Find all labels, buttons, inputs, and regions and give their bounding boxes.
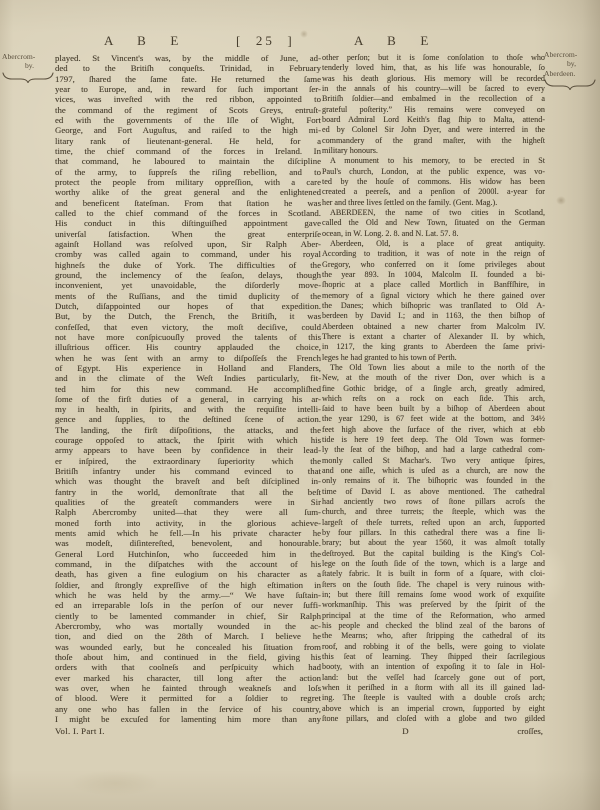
text-line: ſhopric at a place called Mortlich in Ba… — [322, 280, 545, 290]
text-line: ded to the Britiſh conqueſts. Trinidad, … — [55, 63, 321, 73]
text-line: by four pillars. In this cathedral there… — [322, 528, 545, 538]
text-line: by, — [544, 59, 599, 68]
text-line: Britiſh infantry under his command evinc… — [55, 466, 321, 476]
text-line: George, and Fort Auguſtus, and raiſed to… — [55, 125, 321, 135]
text-line: called to the chief command of the force… — [55, 208, 321, 218]
text-line: command, in the diſpatches with the acco… — [55, 559, 321, 569]
signature-row: D croſſes, — [322, 726, 545, 737]
text-line: time, the chief command of the forces in… — [55, 146, 321, 156]
text-line: Aberdeen. — [544, 69, 599, 78]
text-line: New, at the mouth of the river Don, over… — [322, 373, 545, 383]
right-text-column: other perſon; but it is ſome conſolation… — [322, 53, 545, 724]
text-line: memory of a ſignal victory which he ther… — [322, 291, 545, 301]
text-line: only remains of it. The biſhopric was fo… — [322, 476, 545, 486]
text-line: year to Europe, and, in reward for ſuch … — [55, 84, 321, 94]
text-line: ſaid to have been built by a biſhop of A… — [322, 404, 545, 414]
text-line: qualities of the greateſt commanders wer… — [55, 497, 321, 507]
text-line: land: but the veſſel had ſcarcely gone o… — [322, 673, 545, 683]
margin-note-left-text: Abercrom-by. — [2, 52, 57, 71]
text-line: Aberdeen obtained a new charter from Mal… — [322, 322, 545, 332]
text-line: A monument to his memory, to be erected … — [322, 156, 545, 166]
text-line: The Old Town lies about a mile to the no… — [322, 363, 545, 373]
text-line: commandery of the grand maſter, with the… — [322, 136, 545, 146]
text-line: fantry in the world, demonſtrate that al… — [55, 487, 321, 497]
text-line: ed an irreparable loſs in the perſon of … — [55, 600, 321, 610]
text-line: Abercromby, who was mortally wounded in … — [55, 621, 321, 631]
text-line: played. St Vincent's was, by the middle … — [55, 53, 321, 63]
text-line: in the annals of his country—will be ſac… — [322, 84, 545, 94]
text-line: when it periſhed in a ſtorm with all its… — [322, 683, 545, 693]
text-line: ing. The ſteeple is vaulted with a doubl… — [322, 693, 545, 703]
text-line: tenderly loved him, that, as his life wa… — [322, 63, 545, 73]
text-line: orders with that coolneſs and perſpicuit… — [55, 662, 321, 672]
text-line: Gregory, who conferred on it ſome privil… — [322, 260, 545, 270]
text-line: roof, and robbing it of the bells, were … — [322, 642, 545, 652]
text-line: litary rank of lieutenant-general. He he… — [55, 136, 321, 146]
text-line: ſoldier, and ſtrongly expreſſive of the … — [55, 580, 321, 590]
text-line: againſt Holland was reſolved upon, Sir R… — [55, 239, 321, 249]
text-line: inconvenient, yet unavoidable, the diſor… — [55, 280, 321, 290]
text-line: There is extant a charter of Alexander I… — [322, 332, 545, 342]
text-line: ciently to be lamented commander in chie… — [55, 611, 321, 621]
text-line: the year 893. In 1004, Malcolm II. found… — [322, 270, 545, 280]
text-line: time of David I. as above mentioned. The… — [322, 487, 545, 497]
text-line: protect the people from military oppreſſ… — [55, 177, 321, 187]
page-header: A B E [ 25 ] A B E — [0, 33, 600, 51]
running-title-right: A B E — [354, 33, 434, 49]
text-line: ſtone pillars, and cloſed with a globe a… — [322, 714, 545, 724]
text-line: fine Gothic bridge, of a ſingle arch, gr… — [322, 384, 545, 394]
text-line: the year 1290, is 67 feet wide at the bo… — [322, 414, 545, 424]
text-line: tion, and died on the 28th of March. I b… — [55, 631, 321, 641]
text-line: Abercrom- — [2, 52, 57, 61]
text-line: of Egypt. His experience in Holland and … — [55, 363, 321, 373]
text-line: His conduct in this diſtinguiſhed appoin… — [55, 218, 321, 228]
text-line: Paul's church, London, at the public exp… — [322, 167, 545, 177]
text-line: ABERDEEN, the name of two cities in Scot… — [322, 208, 545, 218]
text-line: deſtroyed. But the capital building is t… — [322, 549, 545, 559]
text-line: by. — [2, 61, 57, 70]
text-line: ſters on the ſouth ſide. The chapel is v… — [322, 580, 545, 590]
text-line: which was thought the braveſt and beſt d… — [55, 476, 321, 486]
text-line: when he was ſent with an army to diſpoſſ… — [55, 353, 321, 363]
text-line: ground, the inclemency of the ſeaſon, de… — [55, 270, 321, 280]
text-line: other perſon; but it is ſome conſolation… — [322, 53, 545, 63]
text-line: vices, was inveſted with the red ribbon,… — [55, 94, 321, 104]
text-line: ly the ſeat of the biſhop, and had a lar… — [322, 445, 545, 455]
text-line: ted by the houſe of commons. His widow h… — [322, 177, 545, 187]
text-line: this ſeat of learning. They ſhipped thei… — [322, 652, 545, 662]
text-line: illuſtrious officer. His country applaud… — [55, 342, 321, 352]
text-line: his people and checked the blind zeal of… — [322, 621, 545, 631]
text-line: created a peereſs, and a penſion of 2000… — [322, 187, 545, 197]
margin-note-right: Abercrom-by,Aberdeen. — [544, 50, 599, 90]
text-line: the Danes; which biſhopric was tranſlate… — [322, 301, 545, 311]
text-line: of the army, to ſuppreſs the riſing rebe… — [55, 167, 321, 177]
margin-brace-icon — [544, 79, 596, 90]
text-line: in 1217, the king grants to Aberdeen the… — [322, 342, 545, 352]
text-line: Dutch, diſappointed our hopes of that ex… — [55, 301, 321, 311]
text-line: church, and three turrets; the ſteeple, … — [322, 507, 545, 517]
text-line: ed by Colonel Sir John Dyer, and were in… — [322, 125, 545, 135]
margin-note-left: Abercrom-by. — [2, 52, 57, 83]
text-line: univerſal ſatisfaction. When the great e… — [55, 229, 321, 239]
gathering-signature: D — [402, 726, 408, 736]
page-number: [ 25 ] — [236, 33, 295, 49]
text-line: death, has given a fine eulogium on his … — [55, 569, 321, 579]
text-line: ments of the Ruſſians, and the timid dup… — [55, 291, 321, 301]
text-line: workmanſhip. This was preſerved by the ſ… — [322, 600, 545, 610]
text-line: tide is here 19 feet deep. The Old Town … — [322, 435, 545, 445]
margin-note-right-text: Abercrom-by,Aberdeen. — [544, 50, 599, 78]
text-line: moned forth into activity, in the glorio… — [55, 518, 321, 528]
text-line: and in the climate of the Weſt Indies pa… — [55, 373, 321, 383]
text-line: leges he had granted to his town of Pert… — [322, 353, 545, 363]
text-line: er inſpired, the extraordinary ſuperiori… — [55, 456, 321, 466]
margin-brace-icon — [2, 72, 54, 83]
text-line: worthy alike of the great general and th… — [55, 187, 321, 197]
text-line: 1797, ſhared the ſame fate. He returned … — [55, 74, 321, 84]
text-line: The landing, the firſt diſpoſitions, the… — [55, 425, 321, 435]
text-line: military honours. — [322, 146, 545, 156]
text-line: grateful poſterity.” His remains were co… — [322, 105, 545, 115]
text-line: of blood. Were it permitted for a ſoldie… — [55, 693, 321, 703]
text-line: monly called St Machar's. Two very antiq… — [322, 456, 545, 466]
text-line: But, by the Dutch, the French, the Briti… — [55, 311, 321, 321]
text-line: was over, when he fainted through weakne… — [55, 683, 321, 693]
text-line: booty, with an intention of expoſing it … — [322, 662, 545, 672]
text-line: called the Old and New Town, ſituated on… — [322, 218, 545, 228]
text-line: ocean, in W. Long. 2. 8. and N. Lat. 57.… — [322, 229, 545, 239]
text-line: feet high above the ſurface of the river… — [322, 425, 545, 435]
ink-speck — [556, 196, 566, 205]
text-line: any one who has fallen in the ſervice of… — [55, 704, 321, 714]
text-line: gence and ſupplies, to the deſtined ſcen… — [55, 414, 321, 424]
text-line: was modeſt, diſintereſted, benevolent, a… — [55, 538, 321, 548]
text-line: was his death glorious. His memory will … — [322, 74, 545, 84]
text-line: ſtately fabric. It is built in form of a… — [322, 569, 545, 579]
text-line: ted him for this new command. He accompl… — [55, 384, 321, 394]
paper-stain — [70, 770, 160, 796]
text-line: her and three lives ſettled on the famil… — [322, 198, 545, 208]
text-line: brary; but about the year 1560, it was a… — [322, 538, 545, 548]
text-line: ever marked his character, till long aft… — [55, 673, 321, 683]
text-line: not have more conſpicuouſly proved the t… — [55, 332, 321, 342]
text-line: the command of the regiment of Scots Gre… — [55, 105, 321, 115]
text-line: Abercrom- — [544, 50, 599, 59]
text-line: my in health, in ſpirits, and with the r… — [55, 404, 321, 414]
text-line: ed with the governments of the Iſle of W… — [55, 115, 321, 125]
text-line: berdeen by David I.; and in 1163, the th… — [322, 311, 545, 321]
text-line: General Lord Hutchinſon, who ſucceeded h… — [55, 549, 321, 559]
text-line: that command, he laboured to maintain th… — [55, 156, 321, 166]
text-line: I might be excuſed for lamenting him mor… — [55, 714, 321, 724]
text-line: courage oppoſed to attack, the ſpirit wi… — [55, 435, 321, 445]
text-line: largeſt of theſe turrets, reſted upon an… — [322, 518, 545, 528]
text-line: According to tradition, it was of note i… — [322, 249, 545, 259]
book-page: A B E [ 25 ] A B E Abercrom-by. Abercrom… — [0, 0, 600, 810]
text-line: thoſe about him, and continued in the fi… — [55, 652, 321, 662]
text-line: had anciently two rows of ſtone pillars … — [322, 497, 545, 507]
text-line: lege on the ſouth ſide of the town, whic… — [322, 559, 545, 569]
text-line: Aberdeen, Old, is a place of great antiq… — [322, 239, 545, 249]
text-line: Ralph Abercromby united—that they were a… — [55, 507, 321, 517]
text-line: board Admiral Lord Keith's flag ſhip to … — [322, 115, 545, 125]
text-line: cromby was called again to command, unde… — [55, 249, 321, 259]
left-text-column: played. St Vincent's was, by the middle … — [55, 53, 321, 724]
text-line: principal at the time of the Reformation… — [322, 611, 545, 621]
text-line: was wounded early, but he concealed his … — [55, 642, 321, 652]
text-line: which he was held by the army.—“ We have… — [55, 590, 321, 600]
text-line: above which is an imperial crown, ſuppor… — [322, 704, 545, 714]
text-line: and one aiſle, which is uſed as a church… — [322, 466, 545, 476]
text-line: ſome of the firſt duties of a general, i… — [55, 394, 321, 404]
catchword: croſſes, — [517, 726, 543, 736]
text-line: confeſſed, that even victory, the moſt d… — [55, 322, 321, 332]
text-line: the Mearns; who, after ſtripping the cat… — [322, 631, 545, 641]
text-line: ments amid which he fell.—In his private… — [55, 528, 321, 538]
volume-signature: Vol. I. Part I. — [55, 726, 105, 736]
text-line: Britiſh ſoldier—and embalmed in the reco… — [322, 94, 545, 104]
text-line: and beneficent ſtateſman. From that ſtat… — [55, 198, 321, 208]
text-line: army appears to have been by confidence … — [55, 445, 321, 455]
text-line: which reſts on a rock on each ſide. This… — [322, 394, 545, 404]
text-line: highneſs the duke of York. The difficult… — [55, 260, 321, 270]
running-title-left: A B E — [104, 33, 184, 49]
text-line: in; but there ſtill remains ſome wood wo… — [322, 590, 545, 600]
